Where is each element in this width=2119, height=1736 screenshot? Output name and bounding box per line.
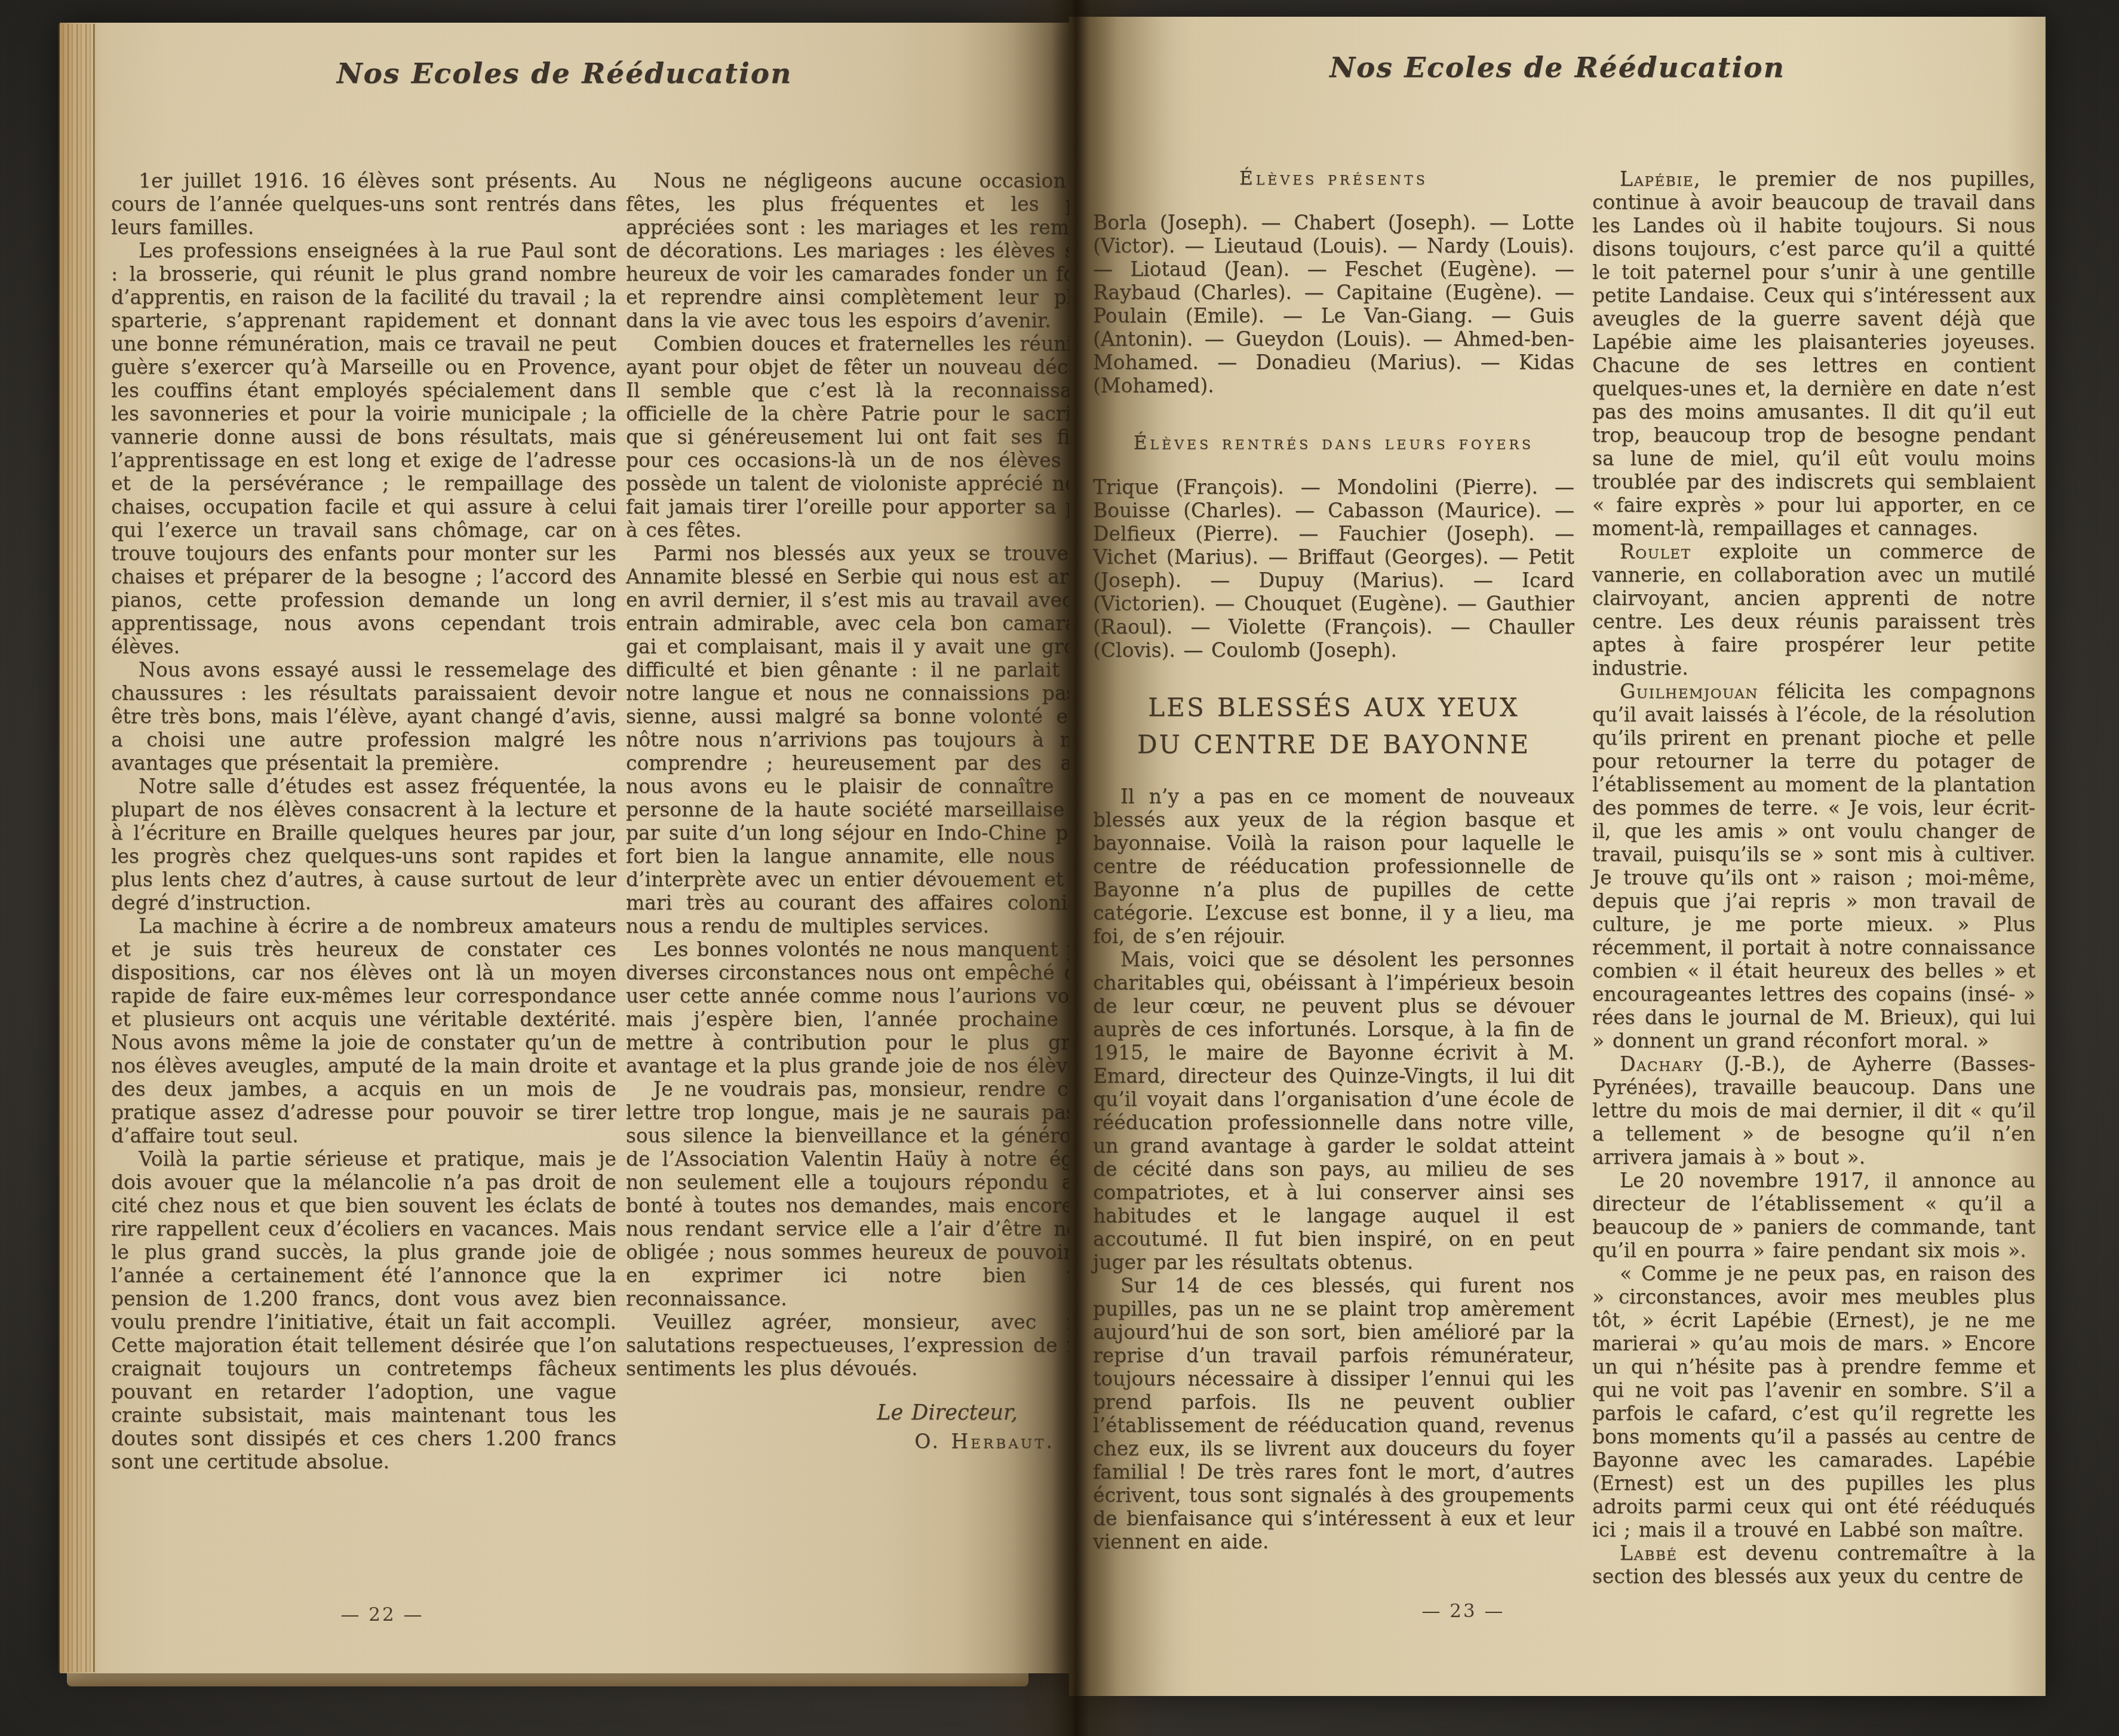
person-name: Lapébie xyxy=(1620,167,1694,191)
left-column-1: 1er juillet 1916. 16 élèves sont présent… xyxy=(111,169,616,1473)
right-page-number: — 23 — xyxy=(1421,1600,1504,1622)
paragraph: Labbé est devenu contremaître à la secti… xyxy=(1592,1541,2035,1588)
signature-role: Le Directeur, xyxy=(626,1402,1107,1425)
signature-name: O. Herbaut. xyxy=(626,1430,1107,1453)
right-running-header: Nos Ecoles de Rééducation xyxy=(1069,51,2046,84)
paragraph: Nous ne négligeons aucune occasion de fê… xyxy=(626,169,1107,332)
paragraph: Les professions enseignées à la rue Paul… xyxy=(111,239,616,658)
person-name: Guilhemjouan xyxy=(1620,680,1758,703)
paragraph: Le 20 novembre 1917, il annonce au direc… xyxy=(1592,1169,2035,1262)
paragraph: Il n’y a pas en ce moment de nouveaux bl… xyxy=(1093,785,1574,948)
paragraph: Mais, voici que se désolent les personne… xyxy=(1093,948,1574,1274)
person-name: Dachary xyxy=(1620,1052,1703,1076)
title: LES BLESSÉS AUX YEUX xyxy=(1093,689,1574,726)
right-column-2: Lapébie, le premier de nos pupilles, con… xyxy=(1592,167,2035,1588)
paragraph: Dachary (J.-B.), de Ayherre (Basses-Pyré… xyxy=(1592,1052,2035,1169)
heading: Élèves rentrés dans leurs foyers xyxy=(1093,432,1574,455)
right-page: Nos Ecoles de Rééducation Élèves présent… xyxy=(1069,17,2046,1696)
paragraph: Guilhemjouan félicita les compagnons qu’… xyxy=(1592,680,2035,1052)
paragraph: Les bonnes volontés ne nous manquent pas… xyxy=(626,938,1107,1077)
open-book-scan: Nos Ecoles de Rééducation 1er juillet 19… xyxy=(0,0,2119,1736)
paragraph: Je ne voudrais pas, monsieur, rendre cet… xyxy=(626,1077,1107,1310)
page-stack-bottom-edge xyxy=(67,1672,1028,1686)
paragraph: Nous avons essayé aussi le ressemelage d… xyxy=(111,658,616,775)
left-column-2: Nous ne négligeons aucune occasion de fê… xyxy=(626,169,1107,1453)
paragraph: Notre salle d’études est assez fréquenté… xyxy=(111,775,616,914)
paragraph: Roulet exploite un commerce de vannerie,… xyxy=(1592,540,2035,680)
paragraph: Voilà la partie sérieuse et pratique, ma… xyxy=(111,1147,616,1473)
paragraph: Sur 14 de ces blessés, qui furent nos pu… xyxy=(1093,1274,1574,1553)
names: Borla (Joseph). — Chabert (Joseph). — Lo… xyxy=(1093,211,1574,397)
left-page-number: — 22 — xyxy=(340,1604,423,1626)
heading: Élèves présents xyxy=(1093,167,1574,191)
left-page: Nos Ecoles de Rééducation 1er juillet 19… xyxy=(60,23,1069,1673)
paragraph: La machine à écrire a de nombreux amateu… xyxy=(111,914,616,1147)
paragraph: Parmi nos blessés aux yeux se trouve un … xyxy=(626,542,1107,938)
paragraph: Lapébie, le premier de nos pupilles, con… xyxy=(1592,167,2035,540)
person-name: Labbé xyxy=(1620,1541,1678,1565)
paragraph: « Comme je ne peux pas, en raison des » … xyxy=(1592,1262,2035,1541)
paragraph: Combien douces et fraternelles les réuni… xyxy=(626,332,1107,542)
person-name: Roulet xyxy=(1620,540,1691,563)
paragraph: Veuillez agréer, monsieur, avec mes salu… xyxy=(626,1310,1107,1380)
right-column-1: Élèves présentsBorla (Joseph). — Chabert… xyxy=(1093,167,1574,1553)
title: DU CENTRE DE BAYONNE xyxy=(1093,726,1574,763)
paragraph: 1er juillet 1916. 16 élèves sont présent… xyxy=(111,169,616,239)
left-running-header: Nos Ecoles de Rééducation xyxy=(60,57,1069,90)
names: Trique (François). — Mondolini (Pierre).… xyxy=(1093,475,1574,662)
